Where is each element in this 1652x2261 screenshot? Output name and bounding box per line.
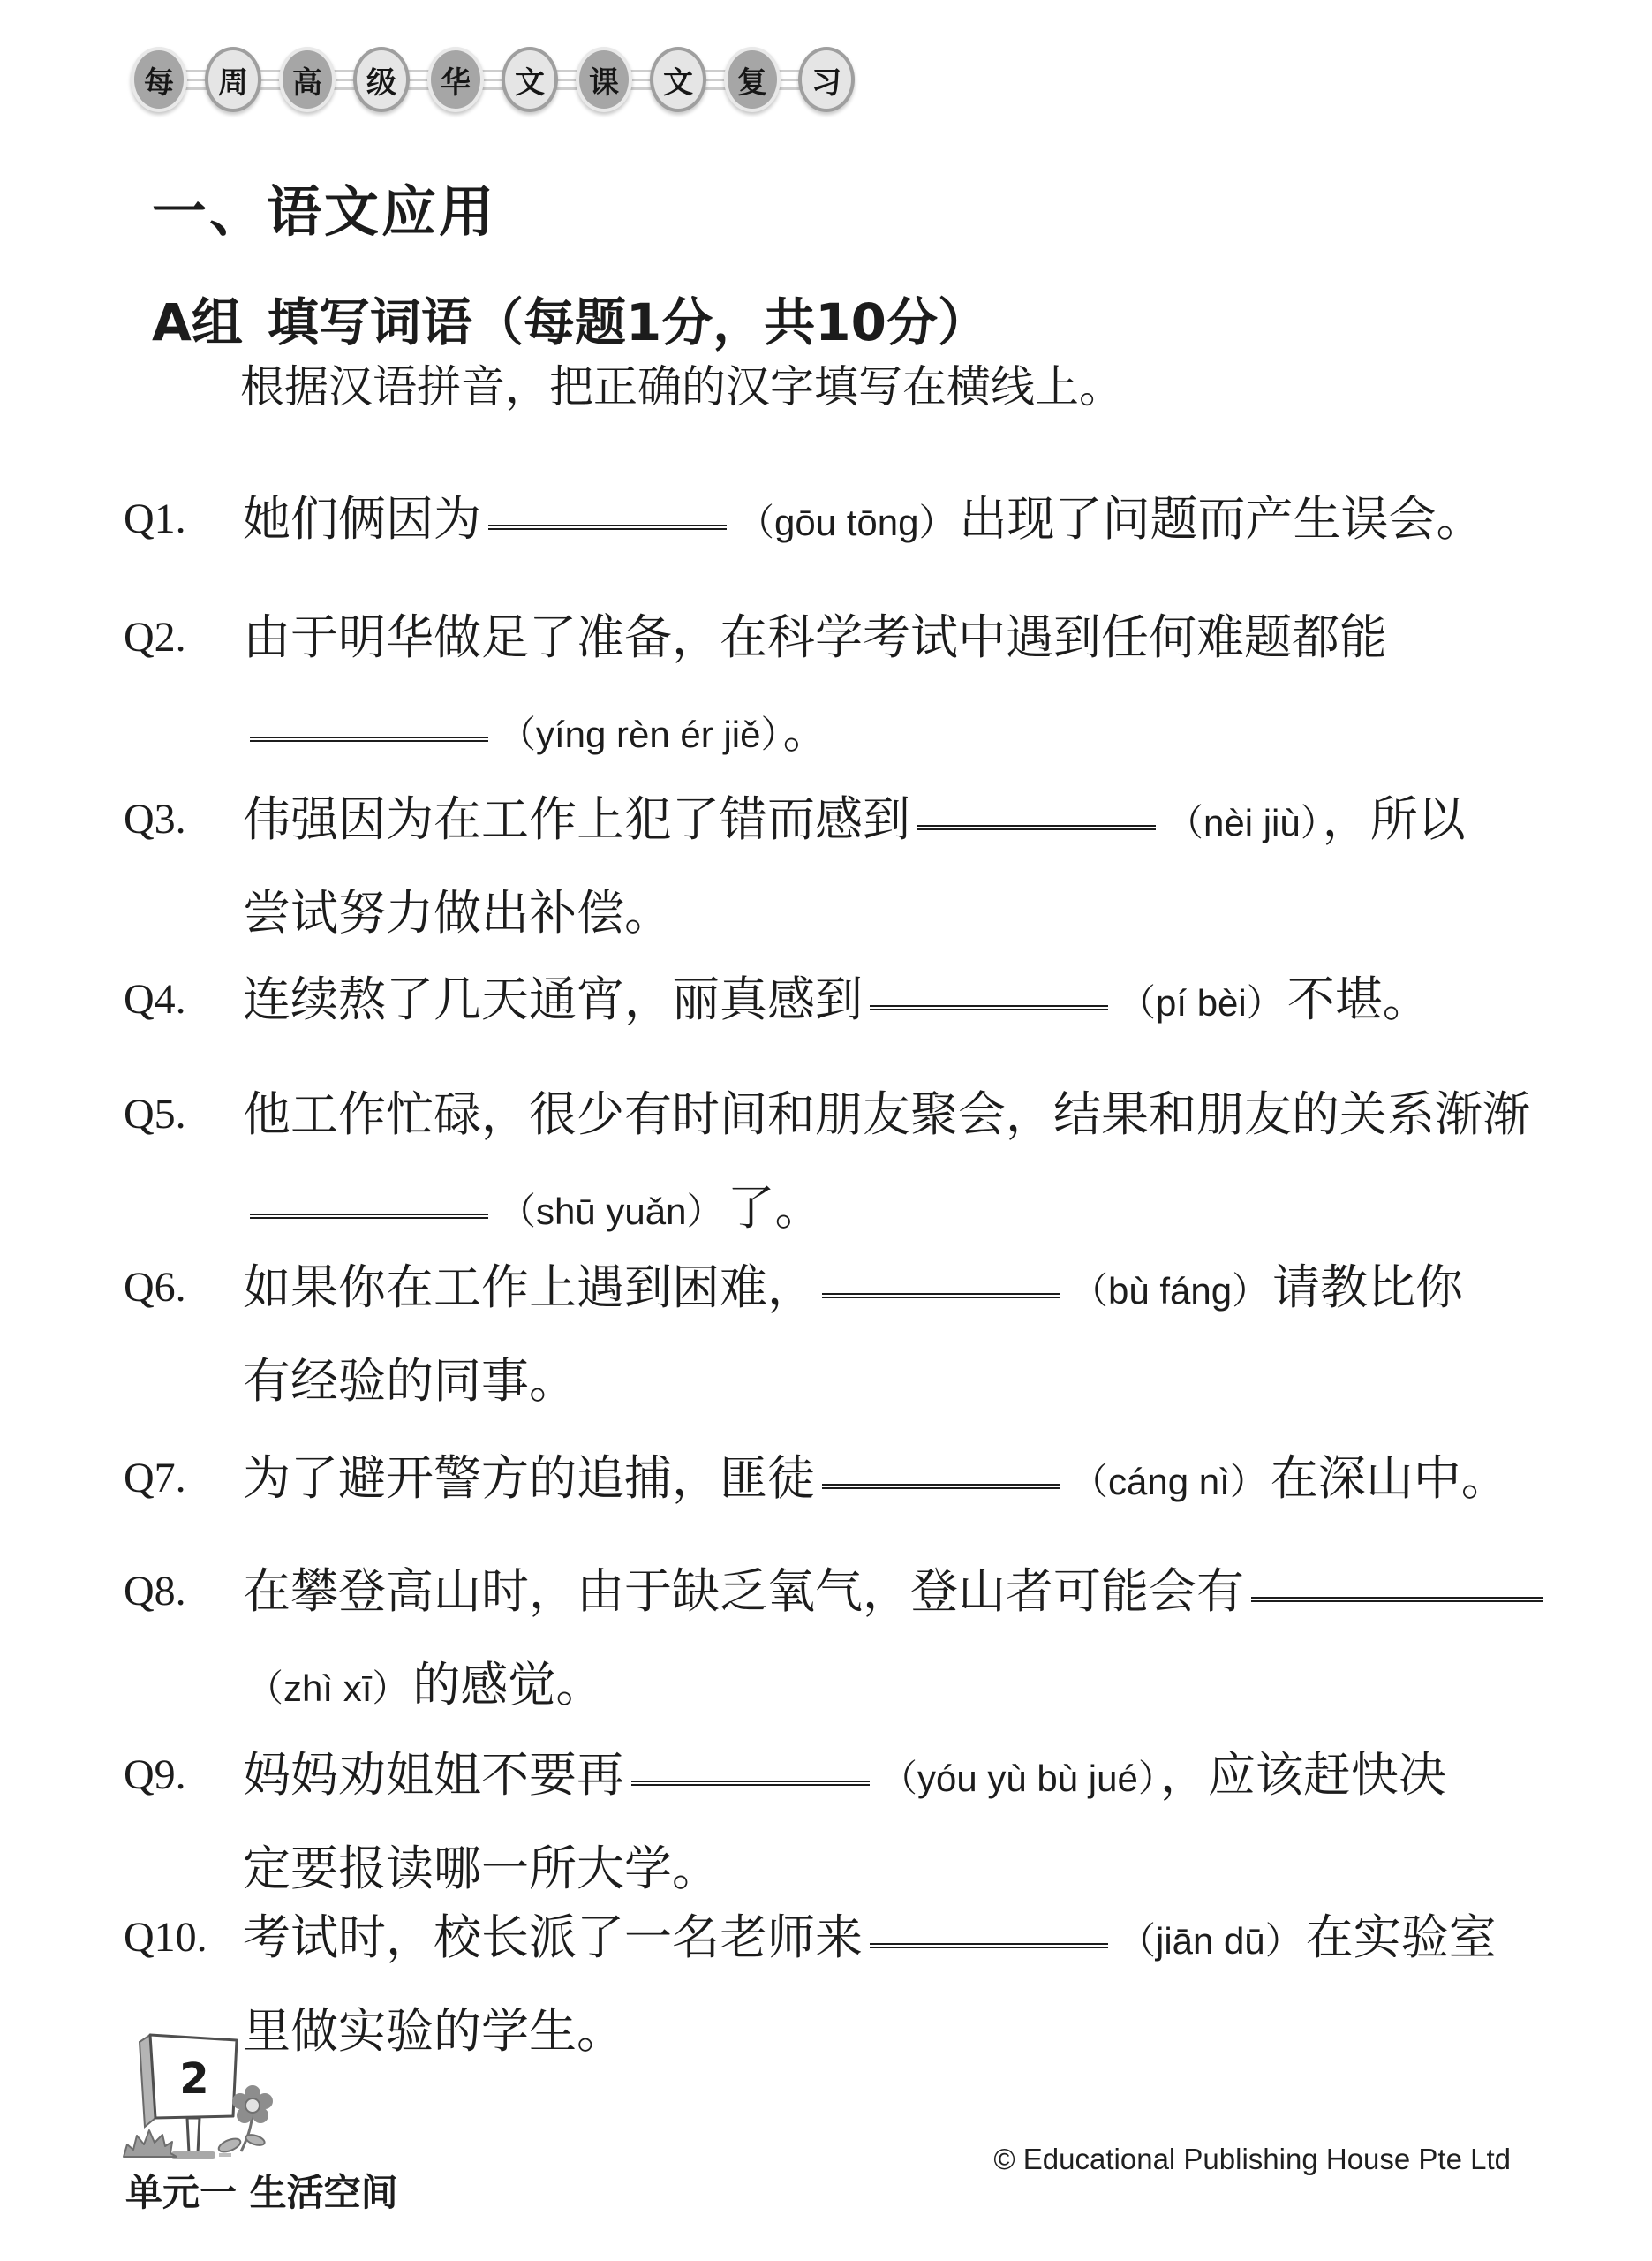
group-title: 填写词语（每题1分，共10分） bbox=[268, 292, 989, 352]
chinese-text: 连续熬了几天通宵，丽真感到 bbox=[243, 972, 863, 1027]
chinese-text: 在深山中。 bbox=[1271, 1450, 1509, 1506]
chinese-text: 里做实验的学生。 bbox=[243, 2003, 624, 2059]
question-label: Q5. bbox=[124, 1074, 186, 1155]
chinese-text: 她们俩因为 bbox=[243, 491, 481, 547]
page-number: 2 bbox=[179, 2054, 208, 2104]
worksheet-page: 每周高级华文课文复习 一、语文应用 A组填写词语（每题1分，共10分） 根据汉语… bbox=[0, 0, 1652, 2261]
question-line: 为了避开警方的追捕，匪徒（cáng nì）在深山中。 bbox=[243, 1438, 1554, 1531]
pinyin-hint: （zhì xī） bbox=[246, 1667, 409, 1709]
chinese-text: 定要报读哪一所大学。 bbox=[243, 1841, 720, 1896]
badge-char: 级 bbox=[366, 58, 396, 102]
question-row: Q2.由于明华做足了准备，在科学考试中遇到任何难题都能（yíng rèn ér … bbox=[124, 597, 1554, 784]
question-line: 她们俩因为（gōu tōng）出现了问题而产生误会。 bbox=[243, 479, 1554, 572]
answer-blank bbox=[917, 825, 1156, 830]
answer-blank bbox=[870, 1005, 1108, 1010]
chinese-text: 请教比你 bbox=[1272, 1259, 1463, 1315]
answer-blank bbox=[250, 737, 488, 742]
page-number-sign: 2 bbox=[118, 2026, 298, 2176]
question-lines: 为了避开警方的追捕，匪徒（cáng nì）在深山中。 bbox=[243, 1438, 1554, 1531]
question-lines: 妈妈劝姐姐不要再（yóu yù bù jué），应该赶快决定要报读哪一所大学。 bbox=[243, 1735, 1554, 1922]
header-badge: 课 bbox=[576, 47, 632, 112]
question-row: Q5.他工作忙碌，很少有时间和朋友聚会，结果和朋友的关系渐渐（shū yuǎn）… bbox=[124, 1074, 1554, 1261]
header-badge: 华 bbox=[427, 47, 484, 112]
question-line: 他工作忙碌，很少有时间和朋友聚会，结果和朋友的关系渐渐 bbox=[243, 1074, 1554, 1168]
chinese-text: 在实验室 bbox=[1306, 1909, 1497, 1965]
question-line: 连续熬了几天通宵，丽真感到（pí bèi）不堪。 bbox=[243, 959, 1554, 1053]
header-badge: 习 bbox=[798, 47, 855, 112]
chinese-text: 了。 bbox=[727, 1180, 822, 1236]
question-label: Q7. bbox=[124, 1438, 186, 1519]
question-row: Q4.连续熬了几天通宵，丽真感到（pí bèi）不堪。 bbox=[124, 959, 1554, 1053]
sign-base bbox=[171, 2151, 215, 2159]
chinese-text: 由于明华做足了准备，在科学考试中遇到任何难题都能 bbox=[243, 609, 1387, 665]
question-lines: 连续熬了几天通宵，丽真感到（pí bèi）不堪。 bbox=[243, 959, 1554, 1053]
question-lines: 她们俩因为（gōu tōng）出现了问题而产生误会。 bbox=[243, 479, 1554, 572]
pinyin-hint: （yóu yù bù jué） bbox=[880, 1758, 1157, 1799]
sign-post bbox=[187, 2118, 200, 2153]
header-badge: 文 bbox=[502, 47, 558, 112]
badge-char: 复 bbox=[737, 58, 767, 102]
question-lines: 考试时，校长派了一名老师来（jiān dū）在实验室里做实验的学生。 bbox=[243, 1897, 1554, 2084]
bush-icon bbox=[124, 2130, 177, 2157]
pinyin-hint: （pí bèi） bbox=[1119, 982, 1284, 1024]
question-line: 妈妈劝姐姐不要再（yóu yù bù jué），应该赶快决 bbox=[243, 1735, 1554, 1828]
question-lines: 在攀登高山时，由于缺乏氧气，登山者可能会有（zhì xī）的感觉。 bbox=[243, 1551, 1554, 1738]
badge-char: 习 bbox=[811, 58, 841, 102]
header-badge: 文 bbox=[650, 47, 706, 112]
badge-char: 每 bbox=[144, 58, 174, 102]
pinyin-hint: （cáng nì） bbox=[1071, 1461, 1267, 1502]
question-label: Q3. bbox=[124, 779, 186, 860]
header-badge: 周 bbox=[205, 47, 261, 112]
chinese-text: 尝试努力做出补偿。 bbox=[243, 885, 672, 941]
question-line: 里做实验的学生。 bbox=[243, 1991, 1554, 2084]
badge-char: 周 bbox=[218, 58, 248, 102]
question-line: 如果你在工作上遇到困难，（bù fáng）请教比你 bbox=[243, 1247, 1554, 1341]
chinese-text: 为了避开警方的追捕，匪徒 bbox=[243, 1450, 815, 1506]
question-row: Q9.妈妈劝姐姐不要再（yóu yù bù jué），应该赶快决定要报读哪一所大… bbox=[124, 1735, 1554, 1922]
question-row: Q1.她们俩因为（gōu tōng）出现了问题而产生误会。 bbox=[124, 479, 1554, 572]
question-row: Q10.考试时，校长派了一名老师来（jiān dū）在实验室里做实验的学生。 bbox=[124, 1897, 1554, 2084]
question-row: Q6.如果你在工作上遇到困难，（bù fáng）请教比你有经验的同事。 bbox=[124, 1247, 1554, 1434]
footer-unit-label: 单元一 生活空间 bbox=[125, 2164, 398, 2217]
group-label: A组 bbox=[152, 292, 243, 352]
pinyin-hint: （yíng rèn ér jiě） bbox=[499, 714, 779, 755]
answer-blank bbox=[822, 1484, 1060, 1489]
question-lines: 他工作忙碌，很少有时间和朋友聚会，结果和朋友的关系渐渐（shū yuǎn）了。 bbox=[243, 1074, 1554, 1261]
question-lines: 由于明华做足了准备，在科学考试中遇到任何难题都能（yíng rèn ér jiě… bbox=[243, 597, 1554, 784]
chinese-text: 考试时，校长派了一名老师来 bbox=[243, 1909, 863, 1965]
question-label: Q10. bbox=[124, 1897, 207, 1978]
question-label: Q2. bbox=[124, 597, 186, 678]
chinese-text: 他工作忙碌，很少有时间和朋友聚会，结果和朋友的关系渐渐 bbox=[243, 1086, 1530, 1142]
badge-char: 文 bbox=[663, 58, 693, 102]
pinyin-hint: （bù fáng） bbox=[1071, 1270, 1269, 1312]
question-row: Q7.为了避开警方的追捕，匪徒（cáng nì）在深山中。 bbox=[124, 1438, 1554, 1531]
pinyin-hint: （shū yuǎn） bbox=[499, 1191, 723, 1232]
question-lines: 如果你在工作上遇到困难，（bù fáng）请教比你有经验的同事。 bbox=[243, 1247, 1554, 1434]
chinese-text: 在攀登高山时，由于缺乏氧气，登山者可能会有 bbox=[243, 1563, 1244, 1619]
question-label: Q1. bbox=[124, 479, 186, 560]
header-badge: 复 bbox=[724, 47, 781, 112]
copyright-notice: © Educational Publishing House Pte Ltd bbox=[993, 2143, 1511, 2176]
header-badge-strip: 每周高级华文课文复习 bbox=[131, 47, 855, 112]
question-label: Q9. bbox=[124, 1735, 186, 1816]
badge-char: 课 bbox=[589, 58, 619, 102]
chinese-text: 不堪。 bbox=[1287, 972, 1430, 1027]
answer-blank bbox=[631, 1781, 870, 1786]
question-line: （yíng rèn ér jiě）。 bbox=[243, 691, 1554, 784]
chinese-text: 如果你在工作上遇到困难， bbox=[243, 1259, 815, 1315]
group-heading: A组填写词语（每题1分，共10分） bbox=[152, 281, 989, 355]
question-label: Q8. bbox=[124, 1551, 186, 1632]
ground-dash bbox=[219, 2153, 231, 2157]
chinese-text: 出现了问题而产生误会。 bbox=[960, 491, 1484, 547]
chinese-text: ，所以 bbox=[1323, 791, 1466, 847]
answer-blank bbox=[1251, 1597, 1543, 1602]
question-label: Q4. bbox=[124, 959, 186, 1040]
question-label: Q6. bbox=[124, 1247, 186, 1328]
question-line: 考试时，校长派了一名老师来（jiān dū）在实验室 bbox=[243, 1897, 1554, 1991]
pinyin-hint: （jiān dū） bbox=[1119, 1920, 1302, 1962]
chinese-text: 。 bbox=[782, 703, 830, 759]
badge-char: 高 bbox=[292, 58, 322, 102]
badge-char: 华 bbox=[441, 58, 471, 102]
question-line: 有经验的同事。 bbox=[243, 1341, 1554, 1434]
instruction-text: 根据汉语拼音，把正确的汉字填写在横线上。 bbox=[240, 352, 1123, 415]
pinyin-hint: （nèi jiù） bbox=[1166, 802, 1319, 843]
question-line: 伟强因为在工作上犯了错而感到（nèi jiù），所以 bbox=[243, 779, 1554, 873]
header-badge: 每 bbox=[131, 47, 187, 112]
header-badge: 级 bbox=[353, 47, 410, 112]
question-line: 尝试努力做出补偿。 bbox=[243, 873, 1554, 966]
chinese-text: ，应该赶快决 bbox=[1160, 1747, 1446, 1803]
pinyin-hint: （gōu tōng） bbox=[737, 502, 956, 543]
answer-blank bbox=[250, 1214, 488, 1219]
question-lines: 伟强因为在工作上犯了错而感到（nèi jiù），所以尝试努力做出补偿。 bbox=[243, 779, 1554, 966]
answer-blank bbox=[870, 1943, 1108, 1948]
answer-blank bbox=[822, 1293, 1060, 1298]
chinese-text: 伟强因为在工作上犯了错而感到 bbox=[243, 791, 910, 847]
chinese-text: 妈妈劝姐姐不要再 bbox=[243, 1747, 624, 1803]
question-line: 由于明华做足了准备，在科学考试中遇到任何难题都能 bbox=[243, 597, 1554, 691]
header-badge: 高 bbox=[279, 47, 336, 112]
question-line: （zhì xī）的感觉。 bbox=[243, 1645, 1554, 1738]
question-line: 在攀登高山时，由于缺乏氧气，登山者可能会有 bbox=[243, 1551, 1554, 1645]
chinese-text: 有经验的同事。 bbox=[243, 1353, 577, 1409]
chinese-text: 的感觉。 bbox=[412, 1657, 603, 1713]
question-row: Q8.在攀登高山时，由于缺乏氧气，登山者可能会有（zhì xī）的感觉。 bbox=[124, 1551, 1554, 1738]
badge-char: 文 bbox=[515, 58, 545, 102]
section-title: 一、语文应用 bbox=[152, 168, 496, 246]
answer-blank bbox=[488, 525, 727, 530]
question-row: Q3.伟强因为在工作上犯了错而感到（nèi jiù），所以尝试努力做出补偿。 bbox=[124, 779, 1554, 966]
